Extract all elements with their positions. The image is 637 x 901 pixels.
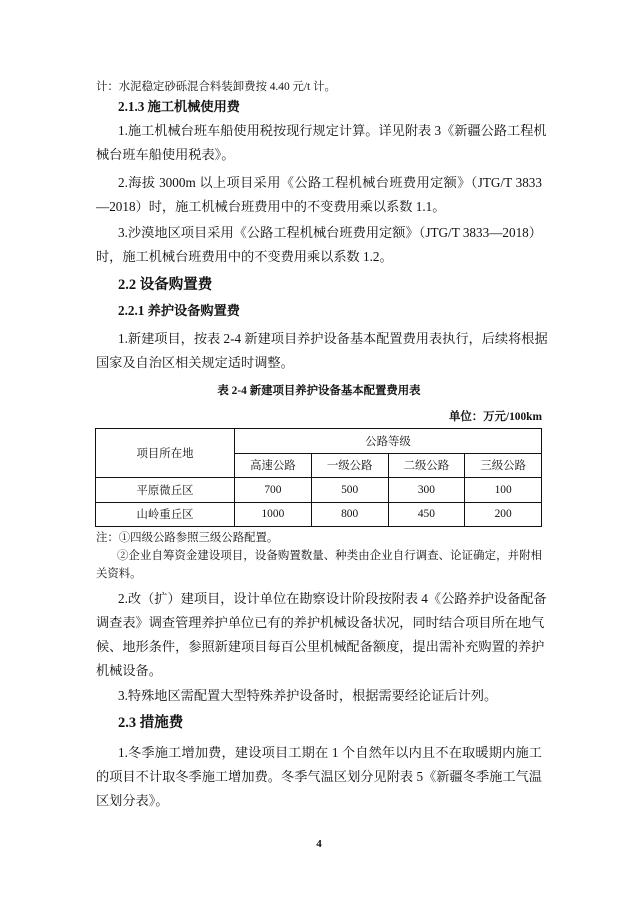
table-cell: 1000 [235,502,312,527]
table-cell: 700 [235,478,312,503]
paragraph-line: 2.海拔 3000m 以上项目采用《公路工程机械台班费用定额》（JTG/T 38… [118,175,542,191]
column-header: 高速公路 [235,453,312,478]
heading-2-1-3: 2.1.3 施工机械使用费 [118,99,564,115]
equipment-cost-table: 项目所在地 公路等级 高速公路 一级公路 二级公路 三级公路 平原微丘区 700… [95,428,542,527]
paragraph-line: 1.施工机械台班车船使用税按现行规定计算。详见附表 3《新疆公路工程机 [118,123,542,139]
table-cell: 200 [465,502,542,527]
column-header: 三级公路 [465,453,542,478]
table-cell: 450 [388,502,465,527]
table-caption: 表 2-4 新建项目养护设备基本配置费用表 [96,383,542,399]
paragraph-line: 3.特殊地区需配置大型特殊养护设备时，根据需要经论证后计列。 [118,688,542,704]
header-road-grade: 公路等级 [235,429,542,454]
paragraph-line: —2018）时，施工机械台班费用中的不变费用乘以系数 1.1。 [96,199,542,215]
paragraph-line: 3.沙漠地区项目采用《公路工程机械台班费用定额》（JTG/T 3833—2018… [118,225,542,241]
row-location: 平原微丘区 [96,478,235,503]
paragraph-line: 1.新建项目，按表 2-4 新建项目养护设备基本配置费用表执行，后续将根据 [118,331,542,347]
heading-2-2: 2.2 设备购置费 [118,277,564,293]
paragraph-line: 候、地形条件，参照新建项目每百公里机械配备额度，提出需补充购置的养护 [96,639,542,655]
heading-2-3: 2.3 措施费 [118,715,564,731]
table-note: 关资料。 [96,566,542,582]
header-location: 项目所在地 [96,429,235,478]
paragraph-line: 机械设备。 [96,663,542,679]
table-row: 平原微丘区 700 500 300 100 [96,478,542,503]
table-unit: 单位：万元/100km [96,409,542,425]
column-header: 二级公路 [388,453,465,478]
paragraph-line: 械台班车船使用税表》。 [96,147,542,163]
table-cell: 300 [388,478,465,503]
paragraph-line: 2.改（扩）建项目，设计单位在勘察设计阶段按附表 4《公路养护设备配备 [118,591,542,607]
paragraph-line: 的项目不计取冬季施工增加费。冬季气温区划分见附表 5《新疆冬季施工气温 [96,769,542,785]
paragraph-line: 调查表》调查管理养护单位已有的养护机械设备状况，同时结合项目所在地气 [96,615,542,631]
heading-2-2-1: 2.2.1 养护设备购置费 [118,303,564,319]
table-cell: 800 [311,502,388,527]
table-note: 注：①四级公路参照三级公路配置。 [96,530,542,546]
paragraph-line: 区划分表》。 [96,793,542,809]
carryover-text: 计：水泥稳定砂砾混合料装卸费按 4.40 元/t 计。 [96,79,542,95]
table-cell: 500 [311,478,388,503]
table-header-row: 项目所在地 公路等级 [96,429,542,454]
table-note: ②企业自筹资金建设项目，设备购置数量、种类由企业自行调查、论证确定，并附相 [117,548,542,564]
paragraph-line: 时，施工机械台班费用中的不变费用乘以系数 1.2。 [96,249,542,265]
column-header: 一级公路 [311,453,388,478]
page-number: 4 [96,836,542,852]
table-row: 山岭重丘区 1000 800 450 200 [96,502,542,527]
paragraph-line: 国家及自治区相关规定适时调整。 [96,355,542,371]
table-cell: 100 [465,478,542,503]
paragraph-line: 1.冬季施工增加费，建设项目工期在 1 个自然年以内且不在取暖期内施工 [118,745,542,761]
row-location: 山岭重丘区 [96,502,235,527]
